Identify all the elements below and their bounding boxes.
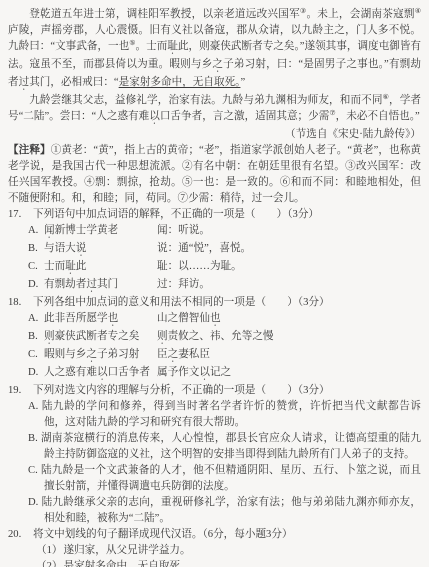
item-text: 是家射多命中，无自取死。 <box>63 561 190 567</box>
passage-text: 。士而 <box>136 41 168 52</box>
source-attribution: （节选自《宋史·陆九龄传》） <box>8 127 421 143</box>
dotted-word: 说 <box>76 243 87 254</box>
passage-paragraph-2: 九龄尝继其父志，益修礼学，治家有法。九龄与弟九渊相为师友，和而不同⑥，学者号“二… <box>8 93 421 127</box>
passage-text: ” <box>240 77 245 88</box>
exam-page: { "page": { "background": "#f7f6f4", "in… <box>0 0 429 567</box>
passage-text: 其门，必相戒曰：“ <box>29 77 118 88</box>
option-explanation: 说：通“悦”，喜悦。 <box>157 241 421 259</box>
q18-option-b: B. 则豪侠武断者专之矣 则责攸之、祎、允等之慢 <box>28 329 421 347</box>
item-label: （1） <box>36 545 62 556</box>
option-label: A. <box>28 311 44 329</box>
notes-section: 【注释】①黄老：“黄”，指上古的黄帝；“老”，指道家学派创始人老子。“黄老”，也… <box>8 143 421 207</box>
q18-option-d: D. 人之惑有难以口舌争者 属予作文以记之 <box>28 365 421 383</box>
dotted-word: 耻 <box>167 41 178 52</box>
option-label: C. <box>28 465 38 476</box>
option-label: B. <box>28 241 44 259</box>
note-ref-4: ④ <box>415 7 421 15</box>
dotted-word: 以 <box>199 367 210 378</box>
passage-text: ，未必不自悟也。” <box>336 111 420 122</box>
dotted-word: 之 <box>212 59 223 70</box>
q19-option-b: B.湖南茶寇横行的消息传来，人心惶惶，郡县长官应众人请求，让德高望重的陆九龄主持… <box>28 431 421 463</box>
question-18: 18. 下列各组中加点词的意义和用法不相同的一项是（ ）（3分） A. 此非吾所… <box>8 295 421 383</box>
item-text: 遂归家，从父兄讲学益力。 <box>63 545 190 556</box>
passage-text: 登乾道五年进士第，调桂阳军教授，以亲老道远改兴国军 <box>29 9 300 20</box>
question-stem: 下列语句中加点词语的解释，不正确的一项是（ ）（3分） <box>33 207 421 223</box>
option-label: D. <box>28 277 44 295</box>
question-stem: 下列对选文内容的理解与分析，不正确的一项是（ ）（3分） <box>33 383 421 399</box>
dotted-word: 耻 <box>65 261 76 272</box>
option-explanation: 耻：以……为耻。 <box>157 259 421 277</box>
option-phrase-right: 则责攸之、祎、允等之慢 <box>157 329 421 347</box>
underlined-sentence: 是家射多命中，无自取死。 <box>119 77 241 88</box>
notes-label: 【注释】 <box>8 145 51 156</box>
dotted-word: 也 <box>210 313 221 324</box>
q19-option-a: A.陆九龄的学问和修养，得到当时著名学者许忻的赞赏，许忻把当代文献都告诉他，这对… <box>28 399 421 431</box>
dotted-word: 过 <box>19 77 30 88</box>
option-label: C. <box>28 347 44 365</box>
option-label: D. <box>28 365 44 383</box>
passage-text: 九龄尝继其父志，益修礼学，治家有法。九龄与弟九渊相为师友，和而不同 <box>29 95 382 106</box>
option-explanation: 闻：听说。 <box>157 223 421 241</box>
passage-text: 。未上，会湖南茶寇剽 <box>306 9 414 20</box>
option-text: 陆九龄的学问和修养，得到当时著名学者许忻的赞赏，许忻把当代文献都告诉他，这对陆九… <box>41 401 421 428</box>
q18-option-a: A. 此非吾所愿学也 山之僧智仙也 <box>28 311 421 329</box>
q19-option-c: C.陆九龄是一个文武兼备的人才，他不但精通阴阳、星历、五行、卜筮之说，而且擅长射… <box>28 463 421 495</box>
option-label: B. <box>28 329 44 347</box>
question-17: 17. 下列语句中加点词语的解释，不正确的一项是（ ）（3分） A. 闻新博士学… <box>8 207 421 295</box>
option-phrase: 与语大说 <box>44 241 157 259</box>
passage-text: 口舌争者，言之激，适固其意；少需 <box>160 111 330 122</box>
option-text: 陆九龄是一个文武兼备的人才，他不但精通阴阳、星历、五行、卜筮之说，而且擅长射箭，… <box>41 465 421 492</box>
option-text: 陆九龄继承父亲的志向，重视研修礼学，治家有法；他与弟弟陆九渊亦师亦友，相处和睦，… <box>41 497 421 524</box>
question-stem: 将文中划线的句子翻译成现代汉语。（6分，每小题3分） <box>33 527 421 543</box>
option-text: 湖南茶寇横行的消息传来，人心惶惶，郡县长官应众人请求，让德高望重的陆九龄主持防御… <box>41 433 421 460</box>
question-number: 19. <box>8 383 33 399</box>
option-phrase-left: 暇则与乡之子弟习射 <box>44 347 157 365</box>
option-phrase: 闻新博士学黄老 <box>44 223 157 241</box>
question-number: 18. <box>8 295 33 311</box>
question-number: 17. <box>8 207 33 223</box>
q18-option-c: C. 暇则与乡之子弟习射 臣之妻私臣 <box>28 347 421 365</box>
dotted-word: 过 <box>86 279 97 290</box>
q20-item-1: （1）遂归家，从父兄讲学益力。 <box>36 543 421 559</box>
option-label: C. <box>28 259 44 277</box>
option-label: D. <box>28 497 38 508</box>
dotted-word: 也 <box>108 313 119 324</box>
dotted-word: 以 <box>97 367 108 378</box>
option-phrase: 士而耻此 <box>44 259 157 277</box>
dotted-word: 之 <box>86 349 97 360</box>
dotted-word: 则 <box>157 331 168 342</box>
dotted-word: 闻 <box>44 225 55 236</box>
question-stem: 下列各组中加点词的意义和用法不相同的一项是（ ）（3分） <box>33 295 421 311</box>
question-number: 20. <box>8 527 33 543</box>
item-label: （2） <box>36 561 62 567</box>
option-phrase-right: 属予作文以记之 <box>157 365 421 383</box>
dotted-word: 则 <box>44 331 55 342</box>
option-phrase-left: 人之惑有难以口舌争者 <box>44 365 157 383</box>
option-phrase-right: 山之僧智仙也 <box>157 311 421 329</box>
option-label: A. <box>28 223 44 241</box>
option-phrase-left: 则豪侠武断者专之矣 <box>44 329 157 347</box>
notes-text: ①黄老：“黄”，指上古的黄帝；“老”，指道家学派创始人老子。“黄老”，也称黄老学… <box>8 145 421 204</box>
option-label: B. <box>28 433 38 444</box>
option-phrase-left: 此非吾所愿学也 <box>44 311 157 329</box>
passage-paragraph-1: 登乾道五年进士第，调桂阳军教授，以亲老道远改兴国军③。未上，会湖南茶寇剽④庐陵，… <box>8 7 421 93</box>
q17-option-b: B. 与语大说 说：通“悦”，喜悦。 <box>28 241 421 259</box>
q17-option-d: D. 有剽劫者过其门 过：拜访。 <box>28 277 421 295</box>
option-label: A. <box>28 401 38 412</box>
question-19: 19. 下列对选文内容的理解与分析，不正确的一项是（ ）（3分） A.陆九龄的学… <box>8 383 421 527</box>
option-phrase-right: 臣之妻私臣 <box>157 347 421 365</box>
q20-item-2: （2）是家射多命中，无自取死。 <box>36 559 421 567</box>
q19-option-d: D.陆九龄继承父亲的志向，重视研修礼学，治家有法；他与弟弟陆九渊亦师亦友，相处和… <box>28 495 421 527</box>
option-phrase: 有剽劫者过其门 <box>44 277 157 295</box>
question-20: 20. 将文中划线的句子翻译成现代汉语。（6分，每小题3分） （1）遂归家，从父… <box>8 527 421 567</box>
dotted-word: 之 <box>168 349 179 360</box>
q17-option-c: C. 士而耻此 耻：以……为耻。 <box>28 259 421 277</box>
dotted-word: 以 <box>149 111 160 122</box>
option-explanation: 过：拜访。 <box>157 277 421 295</box>
q17-option-a: A. 闻新博士学黄老 闻：听说。 <box>28 223 421 241</box>
